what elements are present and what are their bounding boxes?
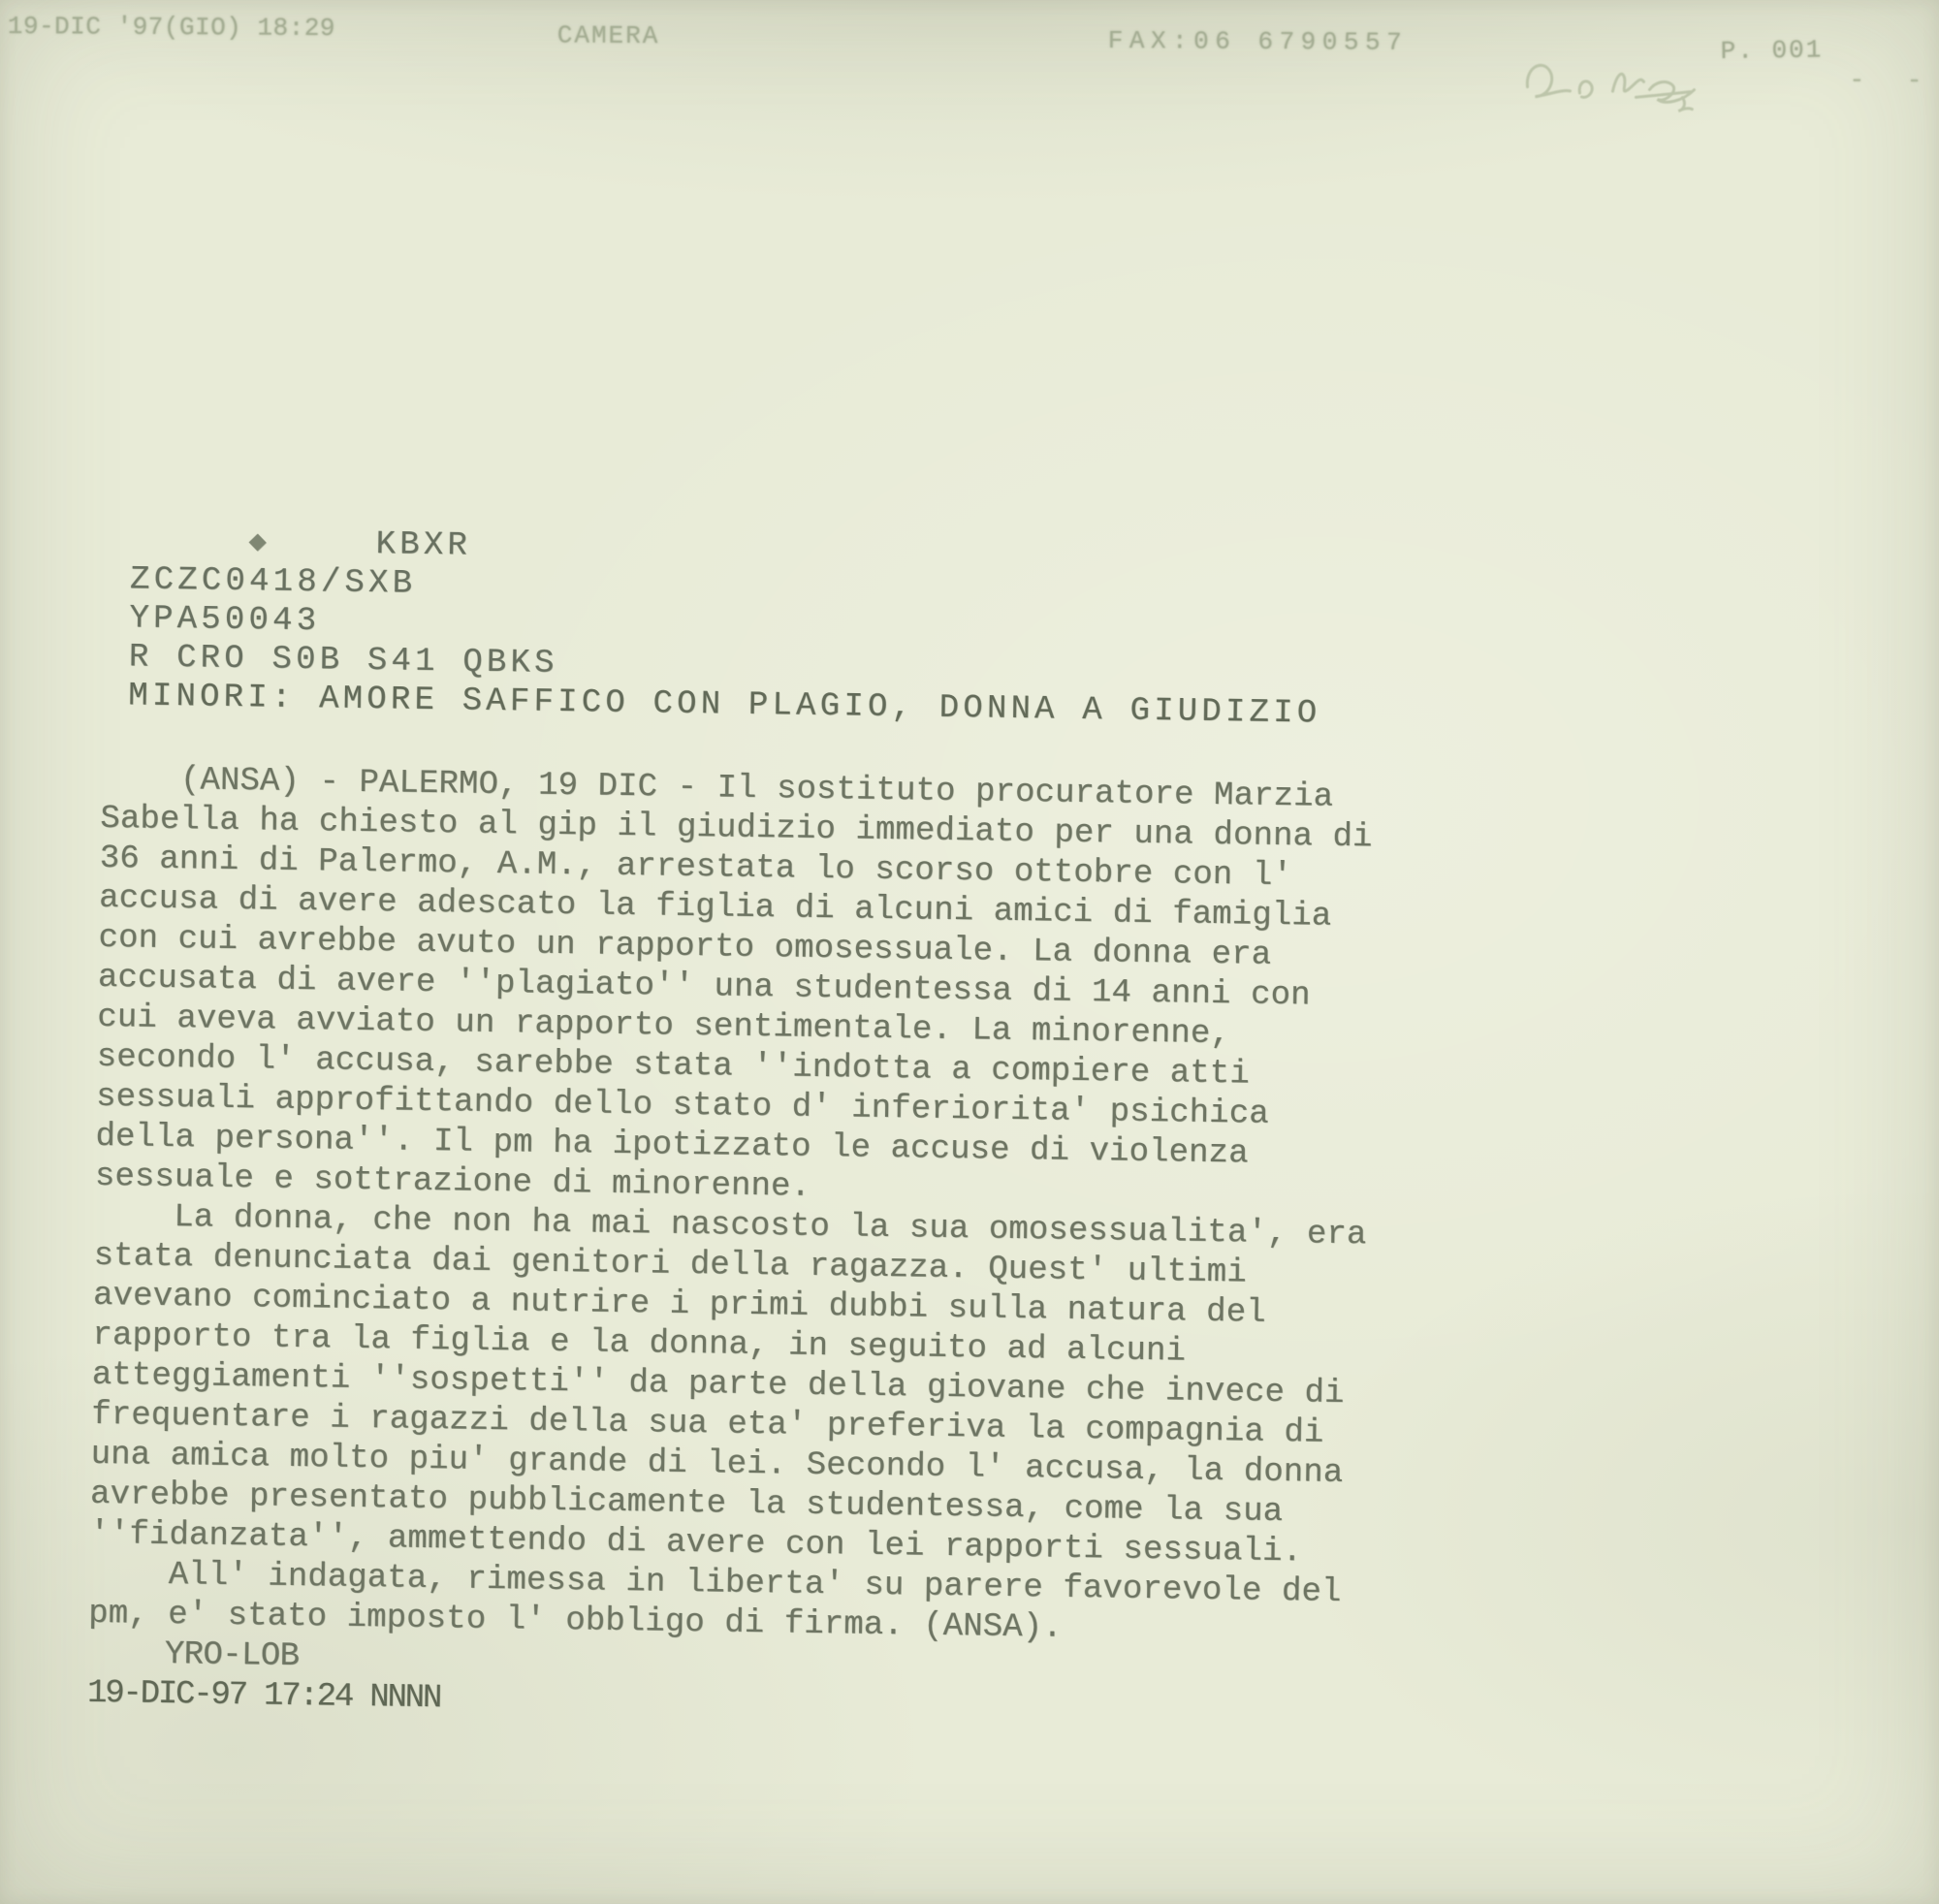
fax-trailing-marks: - -: [1849, 66, 1935, 96]
fax-datetime: 19-DIC '97(GIO) 18:29: [8, 12, 335, 43]
routing-code: KBXR: [375, 525, 471, 565]
fax-transmission-header: 19-DIC '97(GIO) 18:29 CAMERA FAX:06 6790…: [0, 0, 1939, 138]
article-body: (ANSA) - PALERMO, 19 DIC - Il sostituto …: [87, 760, 1858, 1740]
handwritten-note-scribble: [1519, 47, 1752, 125]
fax-page: 19-DIC '97(GIO) 18:29 CAMERA FAX:06 6790…: [0, 0, 1939, 1904]
start-marker-diamond-icon: ◆: [248, 524, 270, 562]
fax-station-name: CAMERA: [557, 21, 660, 51]
wire-service-header: ◆ KBXR ZCZC0418/SXB YPA50043 R CRO S0B S…: [128, 522, 1861, 741]
ansa-wire-message: ◆ KBXR ZCZC0418/SXB YPA50043 R CRO S0B S…: [0, 520, 1861, 1739]
fax-number: FAX:06 6790557: [1108, 26, 1409, 57]
